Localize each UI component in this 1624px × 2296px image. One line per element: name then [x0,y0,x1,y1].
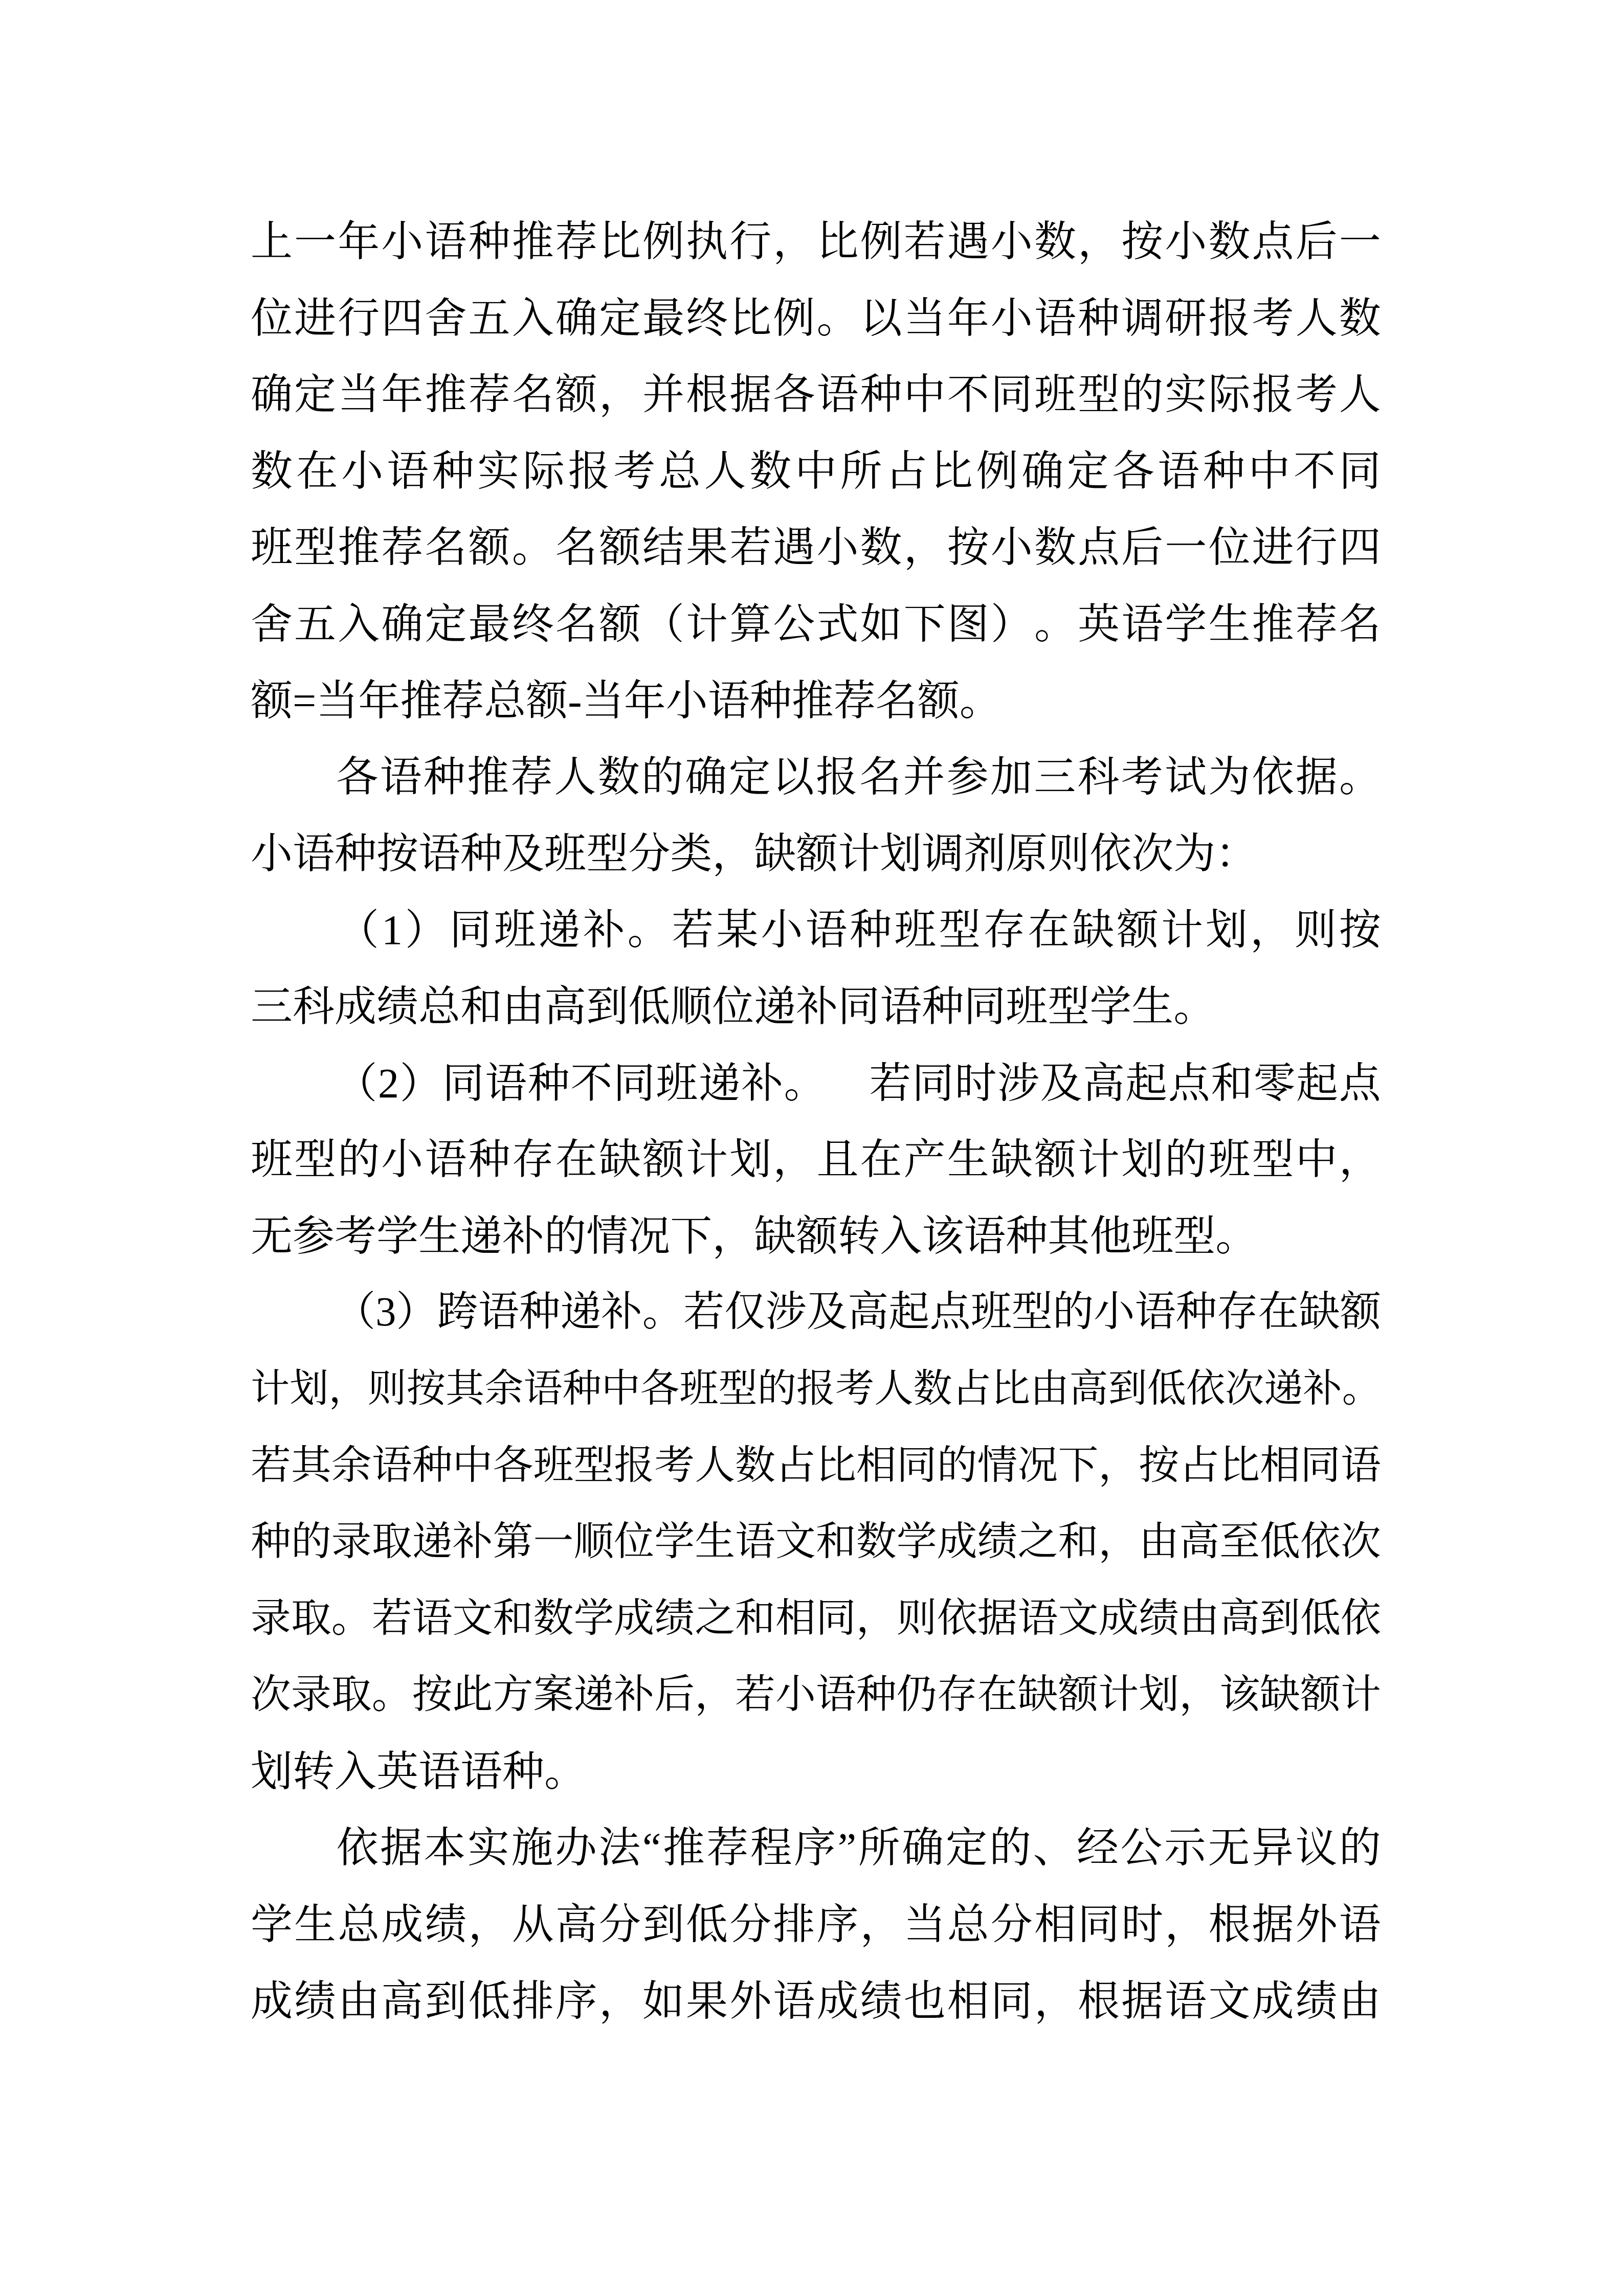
text-line: 各语种推荐人数的确定以报名并参加三科考试为依据。 [251,739,1381,816]
first-line-indent [251,1810,335,1886]
text-line: 小语种按语种及班型分类，缺额计划调剂原则依次为： [251,816,1381,892]
text-line: 若其余语种中各班型报考人数占比相同的情况下，按占比相同语 [251,1428,1381,1504]
text-line: 成绩由高到低排序，如果外语成绩也相同，根据语文成绩由 [251,1963,1381,2040]
text-line: 舍五入确定最终名额（计算公式如下图）。英语学生推荐名 [251,586,1381,663]
document-body: 上一年小语种推荐比例执行，比例若遇小数，按小数点后一位进行四舍五入确定最终比例。… [251,204,1381,2039]
first-line-indent [251,1274,335,1351]
document-page: 上一年小语种推荐比例执行，比例若遇小数，按小数点后一位进行四舍五入确定最终比例。… [0,0,1624,2296]
text-line: 录取。若语文和数学成绩之和相同，则依据语文成绩由高到低依 [251,1581,1381,1657]
text-line: 数在小语种实际报考总人数中所占比例确定各语种中不同 [251,433,1381,510]
text-line: （2）同语种不同班递补。 若同时涉及高起点和零起点 [251,1045,1381,1122]
text-line: （3）跨语种递补。若仅涉及高起点班型的小语种存在缺额 [251,1274,1381,1351]
text-line: 种的录取递补第一顺位学生语文和数学成绩之和，由高至低依次 [251,1504,1381,1581]
text-line: 三科成绩总和由高到低顺位递补同语种同班型学生。 [251,969,1381,1045]
text-line: 确定当年推荐名额，并根据各语种中不同班型的实际报考人 [251,356,1381,433]
text-line: 划转入英语语种。 [251,1734,1381,1810]
text-line: 学生总成绩，从高分到低分排序，当总分相同时，根据外语 [251,1886,1381,1963]
first-line-indent [251,1045,335,1122]
text-line: 计划，则按其余语种中各班型的报考人数占比由高到低依次递补。 [251,1351,1381,1428]
text-line: 位进行四舍五入确定最终比例。以当年小语种调研报考人数 [251,280,1381,357]
text-line: 额=当年推荐总额-当年小语种推荐名额。 [251,663,1381,739]
text-line: 班型的小语种存在缺额计划，且在产生缺额计划的班型中， [251,1121,1381,1198]
text-line: 无参考学生递补的情况下，缺额转入该语种其他班型。 [251,1198,1381,1275]
text-line: 依据本实施办法“推荐程序”所确定的、经公示无异议的 [251,1810,1381,1886]
text-line: 班型推荐名额。名额结果若遇小数，按小数点后一位进行四 [251,509,1381,586]
text-line: 上一年小语种推荐比例执行，比例若遇小数，按小数点后一 [251,204,1381,280]
text-line: （1）同班递补。若某小语种班型存在缺额计划，则按 [251,892,1381,969]
first-line-indent [251,739,335,816]
text-line: 次录取。按此方案递补后，若小语种仍存在缺额计划，该缺额计 [251,1657,1381,1734]
first-line-indent [251,892,335,969]
